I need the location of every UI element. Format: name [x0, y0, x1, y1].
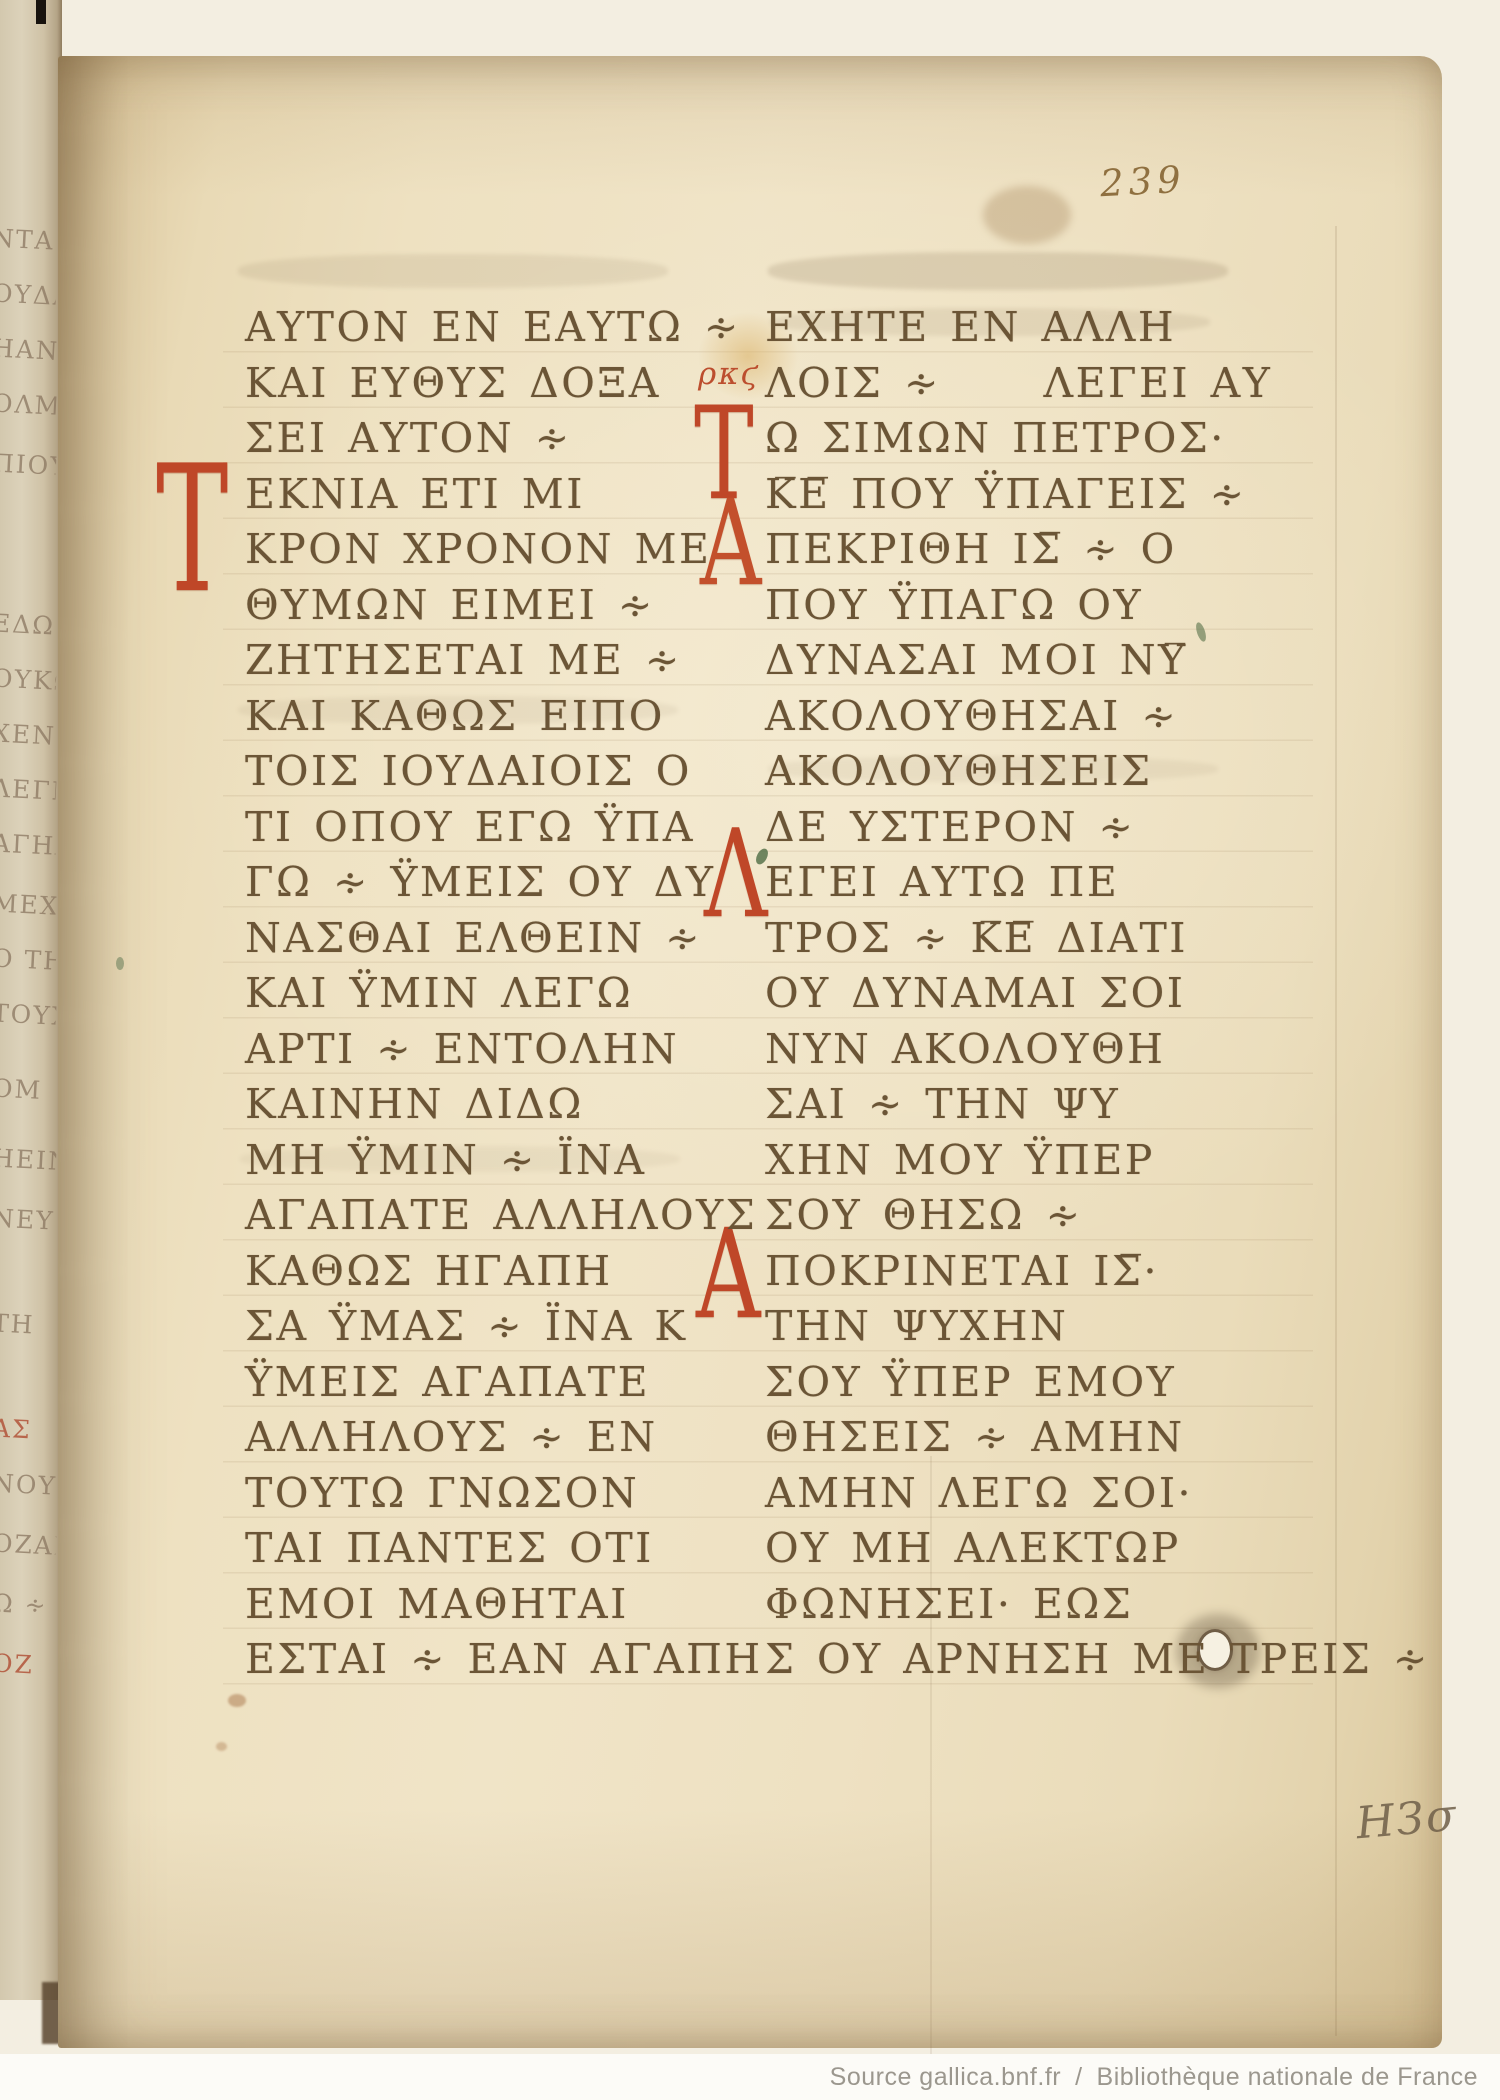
- manuscript-line: ΟΥ ΜΗ ΑΛΕΚΤΩΡ: [765, 1521, 1265, 1577]
- manuscript-line: ΤΟΥΤΩ ΓΝΩΣΟΝ: [245, 1466, 725, 1522]
- gallica-footer: Source gallica.bnf.fr/Bibliothèque natio…: [0, 2054, 1500, 2100]
- manuscript-line: ΔΥΝΑΣΑΙ ΜΟΙ ΝΥ̅: [765, 633, 1265, 689]
- manuscript-line: ΣΟΥ ΘΗΣΩ ∻: [765, 1188, 1265, 1244]
- manuscript-line: ΣΑ ΫΜΑΣ ∻ ΪΝΑ Κ: [245, 1299, 725, 1355]
- manuscript-line: Σ ΟΥ ΑΡΝΗΣΗ ΜΕ ΤΡΕΙΣ ∻: [765, 1632, 1265, 1688]
- manuscript-line: ΑΥΤΟΝ ΕΝ ΕΑΥΤΩ ∻: [245, 300, 725, 356]
- spine-text-fragment: ΟΥΔΑ: [0, 278, 57, 310]
- manuscript-line: ΣΟΥ ΫΠΕΡ ΕΜΟΥ: [765, 1355, 1265, 1411]
- manuscript-line: ΕΣΤΑΙ ∻ ΕΑΝ ΑΓΑΠΗ: [245, 1632, 725, 1688]
- manuscript-line: ΚΑΙ ΕΥΘΥΣ ΔΟΞΑ: [245, 356, 725, 412]
- manuscript-line: ΧΗΝ ΜΟΥ ΫΠΕΡ: [765, 1133, 1265, 1189]
- spine-text-fragment: ΑΓΗΛΩ: [0, 828, 57, 860]
- spine-text-fragment: ΤΟΥΧ: [0, 998, 57, 1030]
- binding-notch: [36, 0, 46, 24]
- manuscript-line: ΤΟΙΣ ΙΟΥΔΑΙΟΙΣ Ο: [245, 744, 725, 800]
- quire-note: ΗЗσ: [1354, 1790, 1460, 1850]
- spine-text-fragment: ΟΥΚΩ: [0, 663, 57, 695]
- spine-text-fragment: Ο ΤΗΣ: [0, 943, 57, 975]
- rubricated-initial-tau: Τ: [156, 443, 228, 618]
- manuscript-line: ΝΥΝ ΑΚΟΛΟΥΘΗ: [765, 1022, 1265, 1078]
- manuscript-line: ΓΩ ∻ ΫΜΕΙΣ ΟΥ ΔΥ: [245, 855, 725, 911]
- manuscript-line: ΘΗΣΕΙΣ ∻ ΑΜΗΝ: [765, 1410, 1265, 1466]
- manuscript-line: ΕΜΟΙ ΜΑΘΗΤΑΙ: [245, 1577, 725, 1633]
- spine-text-fragment: ΟΛΜ: [0, 388, 57, 420]
- spine-text-fragment: Ω ∻: [0, 1588, 57, 1620]
- spine-text-fragment: ΟΜ: [0, 1073, 57, 1105]
- spine-text-fragment: ΗΑΝΑ: [0, 333, 57, 365]
- manuscript-line: ΠΟΥ ΫΠΑΓΩ ΟΥ: [765, 578, 1265, 634]
- manuscript-line: ΑΚΟΛΟΥΘΗΣΑΙ ∻: [765, 689, 1265, 745]
- spine-text-fragment: ΕΔΩ: [0, 608, 57, 640]
- spine-text-fragment: ΑΣ: [0, 1413, 57, 1445]
- manuscript-line: ΫΜΕΙΣ ΑΓΑΠΑΤΕ: [245, 1355, 725, 1411]
- manuscript-line: ΑΡΤΙ ∻ ΕΝΤΟΛΗΝ: [245, 1022, 725, 1078]
- manuscript-line: ΖΗΤΗΣΕΤΑΙ ΜΕ ∻: [245, 633, 725, 689]
- right-text-column: ΕΧΗΤΕ ΕΝ ΑΛΛΗΛΟΙΣ ∻ ΛΕΓΕΙ ΑΥΩ ΣΙΜΩΝ ΠΕΤΡ…: [765, 300, 1265, 1688]
- ink-bleedthrough: [768, 252, 1228, 290]
- manuscript-line: ΕΚΝΙΑ ΕΤΙ ΜΙ: [245, 467, 725, 523]
- manuscript-line: Κ̅Ε̅ ΠΟΥ ΫΠΑΓΕΙΣ ∻: [765, 467, 1265, 523]
- manuscript-line: ΚΡΟΝ ΧΡΟΝΟΝ ΜΕ: [245, 522, 725, 578]
- left-text-column: ΑΥΤΟΝ ΕΝ ΕΑΥΤΩ ∻ΚΑΙ ΕΥΘΥΣ ΔΟΞΑΣΕΙ ΑΥΤΟΝ …: [245, 300, 725, 1688]
- spine-text-fragment: ΤΗ: [0, 1308, 57, 1340]
- brown-spot: [228, 1694, 246, 1707]
- manuscript-line: ΤΡΟΣ ∻ Κ̅Ε̅ ΔΙΑΤΙ: [765, 911, 1265, 967]
- spine-text-fragment: ΟΖΑΣ: [0, 1528, 57, 1560]
- manuscript-line: ΑΚΟΛΟΥΘΗΣΕΙΣ: [765, 744, 1265, 800]
- manuscript-line: ΑΛΛΗΛΟΥΣ ∻ ΕΝ: [245, 1410, 725, 1466]
- spine-text-fragment: ΠΙΟΥ: [0, 448, 57, 480]
- ink-bleedthrough: [238, 254, 668, 288]
- manuscript-page: 239 ΗЗσ ρκϛ Τ Τ Α Λ Α ΑΥΤΟΝ ΕΝ ΕΑΥΤΩ ∻ΚΑ…: [58, 56, 1442, 2048]
- green-speck: [116, 957, 124, 970]
- footer-institution: Bibliothèque nationale de France: [1090, 2063, 1486, 2091]
- manuscript-line: ΤΗΝ ΨΥΧΗΝ: [765, 1299, 1265, 1355]
- manuscript-line: ΔΕ ΥΣΤΕΡΟΝ ∻: [765, 800, 1265, 856]
- parchment-stain: [983, 186, 1071, 244]
- folio-number: 239: [1099, 158, 1187, 205]
- brown-spot: [216, 1742, 227, 1751]
- manuscript-line: ΛΟΙΣ ∻ ΛΕΓΕΙ ΑΥ: [765, 356, 1265, 412]
- spine-text-fragment: ΗΕΙΝΑ: [0, 1143, 57, 1175]
- spine-text-fragment: ΜΕΧΡ: [0, 888, 57, 920]
- manuscript-line: Ω ΣΙΜΩΝ ΠΕΤΡΟΣ·: [765, 411, 1265, 467]
- manuscript-line: ΟΥ ΔΥΝΑΜΑΙ ΣΟΙ: [765, 966, 1265, 1022]
- manuscript-line: ΚΑΙ ΚΑΘΩΣ ΕΙΠΟ: [245, 689, 725, 745]
- manuscript-line: ΦΩΝΗΣΕΙ· ΕΩΣ: [765, 1577, 1265, 1633]
- spine-text-fragment: ΝΤΑ: [0, 223, 57, 255]
- spine-text-fragment: ΝΟΥ: [0, 1468, 57, 1500]
- digitized-manuscript-scan: ΝΤΑΟΥΔΑΗΑΝΑΟΛΜΠΙΟΥΕΔΩΟΥΚΩΧΕΝΙΡΛΕΓΕΙΑΓΗΛΩ…: [0, 0, 1500, 2100]
- manuscript-line: ΣΑΙ ∻ ΤΗΝ ΨΥ: [765, 1077, 1265, 1133]
- spine-text-fragment: ΧΕΝΙΡ: [0, 718, 57, 750]
- manuscript-line: ΑΓΑΠΑΤΕ ΑΛΛΗΛΟΥΣ: [245, 1188, 725, 1244]
- manuscript-line: ΚΑΙ ΫΜΙΝ ΛΕΓΩ: [245, 966, 725, 1022]
- footer-source: Source gallica.bnf.fr: [823, 2063, 1068, 2091]
- manuscript-line: ΠΕΚΡΙΘΗ ΙΣ̅ ∻ Ο: [765, 522, 1265, 578]
- facing-page-edge: ΝΤΑΟΥΔΑΗΑΝΑΟΛΜΠΙΟΥΕΔΩΟΥΚΩΧΕΝΙΡΛΕΓΕΙΑΓΗΛΩ…: [0, 0, 62, 2000]
- spine-text-fragment: ΟΖ: [0, 1648, 57, 1680]
- footer-separator: /: [1068, 2063, 1089, 2091]
- manuscript-line: ΕΧΗΤΕ ΕΝ ΑΛΛΗ: [765, 300, 1265, 356]
- manuscript-line: ΝΑΣΘΑΙ ΕΛΘΕΙΝ ∻: [245, 911, 725, 967]
- manuscript-line: ΤΑΙ ΠΑΝΤΕΣ ΟΤΙ: [245, 1521, 725, 1577]
- manuscript-line: ΚΑΘΩΣ ΗΓΑΠΗ: [245, 1244, 725, 1300]
- manuscript-line: ΘΥΜΩΝ ΕΙΜΕΙ ∻: [245, 578, 725, 634]
- spine-text-fragment: ΛΕΓΕΙ: [0, 773, 57, 805]
- manuscript-line: ΕΓΕΙ ΑΥΤΩ ΠΕ: [765, 855, 1265, 911]
- spine-text-fragment: ΝΕΥ: [0, 1203, 57, 1235]
- manuscript-line: ΣΕΙ ΑΥΤΟΝ ∻: [245, 411, 725, 467]
- manuscript-line: ΑΜΗΝ ΛΕΓΩ ΣΟΙ·: [765, 1466, 1265, 1522]
- manuscript-line: ΚΑΙΝΗΝ ΔΙΔΩ: [245, 1077, 725, 1133]
- parchment-crease: [1335, 226, 1337, 2036]
- manuscript-line: ΜΗ ΫΜΙΝ ∻ ΪΝΑ: [245, 1133, 725, 1189]
- manuscript-line: ΠΟΚΡΙΝΕΤΑΙ ΙΣ̅·: [765, 1244, 1265, 1300]
- manuscript-line: ΤΙ ΟΠΟΥ ΕΓΩ ΫΠΑ: [245, 800, 725, 856]
